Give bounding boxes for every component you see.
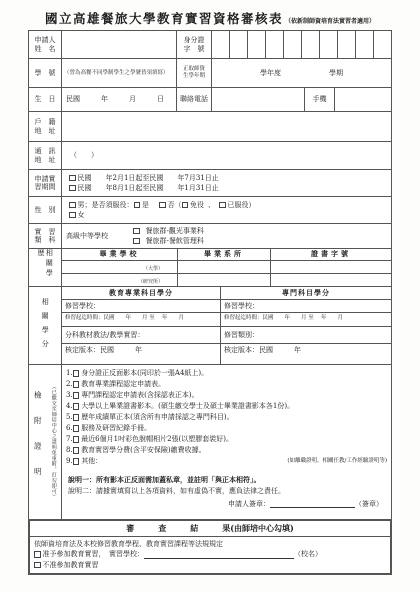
student-no-label: 學 號 xyxy=(29,59,61,87)
attachment-item: 5.歷年成績單正本(須含所有申請採認之專門科目)。 xyxy=(66,412,387,423)
attachments-checklist: 1.身分證正反面影本(同印於一張A4紙上)。 2.教育專業課程認定申請表。 3.… xyxy=(62,365,391,467)
attachments-label: 檢附證明 xyxy=(33,391,42,493)
item-number: 9. xyxy=(66,456,73,467)
teaching-method-label: 分科教材教法/教學實習： xyxy=(65,331,144,339)
school-type-label: 高級中等學校 xyxy=(66,232,108,240)
graduate-school-input[interactable]: （研究所） xyxy=(62,274,177,286)
note-1: 說明一：所有影本正反面需加蓋私章，並註明「與正本相符」。 xyxy=(68,475,391,486)
category-label: 實 習 類 科 xyxy=(29,224,61,248)
item-text: 教育專業課程認定申請表。 xyxy=(81,379,165,390)
approved-version-label-2: 核定版本：民國 年 xyxy=(224,346,301,354)
item-text: 專門課程認定申請表(含採認表正本)。 xyxy=(81,390,198,401)
attachment-item: 6.服務及研習紀錄手冊。 xyxy=(66,423,387,434)
checkbox-attachment-7[interactable] xyxy=(73,436,80,443)
review-approve-line: 准予參加教育實習， 實習學校： （校名） xyxy=(34,549,386,559)
checkbox-tourism[interactable] xyxy=(133,228,140,235)
gender-label: 性 別 xyxy=(29,197,61,223)
period-label: 申請實 習期間 xyxy=(29,170,61,196)
attachment-item: 2.教育專業課程認定申請表。 xyxy=(66,379,387,390)
education-row-graduate: （研究所） xyxy=(62,273,391,286)
applicant-name-label: 申請人 姓 名 xyxy=(29,31,61,58)
checkbox-attachment-9[interactable] xyxy=(73,458,80,465)
grad-dept-header: 畢業系所 xyxy=(177,249,270,260)
service-separator: 、 xyxy=(208,201,215,209)
item-text: 大學以上畢業證書影本。(碩生繳交學士及碩士畢業證書影本各1份)。 xyxy=(81,401,294,412)
id-digit-box[interactable] xyxy=(212,31,229,58)
credits-table: 教育專業科目學分 專門科目學分 修習學校： 修習學校： 修習起迄時間：民國 年 … xyxy=(61,287,391,364)
mailing-address-label: 通 訊 地 址 xyxy=(29,142,61,169)
credits-school-row: 修習學校： 修習學校： xyxy=(62,299,391,312)
checkbox-attachment-1[interactable] xyxy=(73,370,80,377)
gender-female-line: 女 xyxy=(66,210,391,220)
category-option-2-text: 餐旅群-餐飲管理科 xyxy=(146,237,204,245)
credits-header-row: 教育專業科目學分 專門科目學分 xyxy=(62,287,391,299)
attachment-item: 1.身分證正反面影本(同印於一張A4紙上)。 xyxy=(66,368,387,379)
graduate-dept-input[interactable] xyxy=(177,274,270,286)
applicant-name-input[interactable] xyxy=(61,31,176,58)
row-household: 戶 籍 地 址 xyxy=(29,111,391,141)
review-body: 依師資培育法及本校修習教育學程、教育實習課程等法規規定 准予參加教育實習， 實習… xyxy=(30,537,390,573)
checkbox-female[interactable] xyxy=(69,212,76,219)
row-category: 實 習 類 科 高級中等學校 餐旅群-觀光事業科 餐旅群-餐飲管理科 xyxy=(29,223,391,248)
checkbox-attachment-5[interactable] xyxy=(73,414,80,421)
student-no-input[interactable]: （曾為高餐不同學制學生之學號皆須填寫） xyxy=(61,59,176,87)
approved-version-input-2[interactable]: 核定版本：民國 年 xyxy=(220,344,391,364)
admitted-term-label: 正取師資 生學年期 xyxy=(176,59,211,87)
item-number: 2. xyxy=(66,379,73,390)
credit-type-input[interactable]: 修習類別： xyxy=(220,327,391,343)
grad-school-header: 畢業學校 xyxy=(62,249,177,260)
form-title: 國立高雄餐旅大學教育實習資格審核表 xyxy=(45,11,283,26)
attachment-item-other: 9.其他： (如離職證明、相關任教/工作經驗證明等) xyxy=(66,456,387,467)
service-yes-label: 是 xyxy=(142,201,149,209)
service-no-label: 否（ xyxy=(168,201,182,209)
category-option-1-text: 餐旅群-觀光事業科 xyxy=(146,227,204,235)
student-no-note: （曾為高餐不同學制學生之學號皆須填寫） xyxy=(62,69,171,78)
academic-term-cell[interactable]: 學年度 學期 xyxy=(211,59,391,87)
checkbox-attachment-8[interactable] xyxy=(73,447,80,454)
row-student-no: 學 號 （曾為高餐不同學制學生之學號皆須填寫） 正取師資 生學年期 學年度 學期 xyxy=(29,58,391,87)
section-education: 相關學歷 畢業學校 畢業系所 證書字號 （大學） （研究所） xyxy=(29,248,391,286)
credits-school-input-1[interactable]: 修習學校： xyxy=(62,300,220,312)
item-number: 4. xyxy=(66,401,73,412)
category-option-1: 餐旅群-觀光事業科 xyxy=(130,226,207,236)
female-label: 女 xyxy=(78,211,85,219)
phone-label: 聯絡電話 xyxy=(176,88,211,111)
checkbox-period-spring[interactable] xyxy=(69,175,76,182)
item-number: 6. xyxy=(66,423,73,434)
attachments-side-note: （已繳交至師培中心之證明免重附，打勾即可） xyxy=(51,384,57,500)
household-address-label: 戶 籍 地 址 xyxy=(29,112,61,141)
checkbox-approve[interactable] xyxy=(34,551,41,558)
item-text: 教育實習學分費(含平安保險)繳費收據。 xyxy=(81,445,205,456)
exempt-label: 免役 xyxy=(190,201,204,209)
service-question: ；是否須服役： xyxy=(85,201,134,209)
checkbox-service-no[interactable] xyxy=(159,202,166,209)
credits-school-input-2[interactable]: 修習學校： xyxy=(220,300,391,312)
category-options: 高級中等學校 餐旅群-觀光事業科 餐旅群-餐飲管理科 xyxy=(61,224,391,248)
item-number: 5. xyxy=(66,412,73,423)
birth-label: 生 日 xyxy=(29,88,61,111)
credits-label-cell: 相關學分 xyxy=(29,287,61,364)
review-rule-text: 依師資培育法及本校修習教育學程、教育實習課程等法規規定 xyxy=(34,539,386,549)
attachment-item: 8.教育實習學分費(含平安保險)繳費收據。 xyxy=(66,445,387,456)
credits-period-label-1: 修習起迄時間：民國 年 月 至 年 月 xyxy=(65,315,184,321)
review-result-table: 審 查 結 果(由師培中心勾填) 依師資培育法及本校修習教育學程、教育實習課程等… xyxy=(28,520,392,575)
university-level-label: （大學） xyxy=(143,266,163,272)
id-digit-box[interactable] xyxy=(265,31,283,58)
id-digit-box[interactable] xyxy=(337,31,355,58)
credits-school-label-1: 修習學校： xyxy=(65,302,100,310)
university-school-input[interactable]: （大學） xyxy=(62,261,177,273)
semester-label: 學期 xyxy=(329,69,343,77)
review-header: 審 查 結 果(由師培中心勾填) xyxy=(30,521,390,537)
education-label: 相關學歷 xyxy=(37,249,54,286)
birth-value: 民國 年 月 日 xyxy=(66,95,164,103)
signature-label: 申請人簽章： xyxy=(228,500,270,508)
id-digit-box[interactable] xyxy=(247,31,265,58)
item-number: 1. xyxy=(66,368,73,379)
id-digit-box[interactable] xyxy=(283,31,301,58)
household-address-input[interactable] xyxy=(61,112,391,141)
checkbox-attachment-4[interactable] xyxy=(73,403,80,410)
credits-method-row: 分科教材教法/教學實習： 修習類別： xyxy=(62,326,391,343)
approved-version-label-1: 核定版本：民國 年 xyxy=(65,346,142,354)
birth-value-cell[interactable]: 民國 年 月 日 xyxy=(61,88,176,111)
university-cert-input[interactable] xyxy=(270,261,391,273)
checkbox-food-mgmt[interactable] xyxy=(133,238,140,245)
education-label-cell: 相關學歷 xyxy=(29,249,61,286)
academic-year-label: 學年度 xyxy=(260,69,281,77)
education-table: 畢業學校 畢業系所 證書字號 （大學） （研究所） xyxy=(61,249,391,286)
checkbox-period-fall[interactable] xyxy=(69,185,76,192)
item-text: 其他： xyxy=(81,456,102,467)
mobile-input[interactable] xyxy=(334,88,391,111)
credits-period-input-2[interactable]: 修習起迄時間：民國 年 月 至 年 月 xyxy=(220,313,391,326)
professional-credits-header: 教育專業科目學分 xyxy=(62,287,220,299)
applicant-signature-row: 申請人簽章： （簽章） xyxy=(62,496,391,508)
credits-period-label-2: 修習起迄時間：民國 年 月 至 年 月 xyxy=(224,315,343,321)
signature-line[interactable] xyxy=(270,500,355,508)
gender-options: 男 ；是否須服役： 是 否（ 免役 、 已服役） 女 xyxy=(61,197,391,223)
mailing-area-code: （ ） xyxy=(70,151,98,159)
mailing-address-input[interactable]: （ ） xyxy=(61,142,391,169)
review-header-title: 審 查 結 果 xyxy=(126,524,230,534)
credits-period-input-1[interactable]: 修習起迄時間：民國 年 月 至 年 月 xyxy=(62,313,220,326)
item-text: 最近6個月1吋彩色脫帽相片2張(以塑膠套裝好)。 xyxy=(81,434,233,445)
credits-period-row: 修習起迄時間：民國 年 月 至 年 月 修習起迄時間：民國 年 月 至 年 月 xyxy=(62,312,391,326)
checkbox-service-yes[interactable] xyxy=(134,202,141,209)
section-attachments: 檢附證明 （已繳交至師培中心之證明免重附，打勾即可） 1.身分證正反面影本(同印… xyxy=(29,364,391,519)
review-reject-line: 不准參加教育實習 xyxy=(34,560,386,570)
row-birth: 生 日 民國 年 月 日 聯絡電話 手機 xyxy=(29,87,391,111)
id-digit-box[interactable] xyxy=(373,31,391,58)
checkbox-exempt[interactable] xyxy=(182,202,189,209)
specialty-credits-header: 專門科目學分 xyxy=(220,287,391,299)
approve-label: 准予參加教育實習， 實習學校： xyxy=(43,550,145,558)
id-digit-box[interactable] xyxy=(319,31,337,58)
attachments-label-cell: 檢附證明 （已繳交至師培中心之證明免重附，打勾即可） xyxy=(29,365,61,519)
period-option-2-text: 民國 年8月1日起至民國 年1月31日止 xyxy=(78,184,219,192)
form-title-row: 國立高雄餐旅大學教育實習資格審核表（依新制師資培育法實習者適用） xyxy=(0,0,420,26)
attachment-item: 4.大學以上畢業證書影本。(碩生繳交學士及碩士畢業證書影本各1份)。 xyxy=(66,401,387,412)
row-period: 申請實 習期間 民國 年2月1日起至民國 年7月31日止 民國 年8月1日起至民… xyxy=(29,169,391,196)
id-number-boxes xyxy=(211,31,391,58)
mobile-label: 手機 xyxy=(304,88,334,111)
item-text: 歷年成績單正本(須含所有申請採認之專門科目)。 xyxy=(81,412,233,423)
row-gender: 性 別 男 ；是否須服役： 是 否（ 免役 、 已服役） xyxy=(29,196,391,223)
attachment-item: 3.專門課程認定申請表(含採認表正本)。 xyxy=(66,390,387,401)
phone-input[interactable] xyxy=(211,88,304,111)
item-number: 8. xyxy=(66,445,73,456)
main-form-table: 申請人 姓 名 身分證 字 號 學 號 （曾為高餐不同學制學生之學號皆須填寫） xyxy=(28,30,392,520)
id-number-label: 身分證 字 號 xyxy=(176,31,211,58)
education-header-row: 畢業學校 畢業系所 證書字號 xyxy=(62,249,391,260)
credit-type-label: 修習類別： xyxy=(224,331,259,339)
other-attachment-note: (如離職證明、相關任教/工作經驗證明等) xyxy=(287,456,387,467)
period-option-2: 民國 年8月1日起至民國 年1月31日止 xyxy=(66,183,391,193)
attachments-content: 1.身分證正反面影本(同印於一張A4紙上)。 2.教育專業課程認定申請表。 3.… xyxy=(61,365,391,519)
id-digit-box[interactable] xyxy=(229,31,247,58)
item-number: 3. xyxy=(66,390,73,401)
checkbox-served[interactable] xyxy=(219,202,226,209)
university-dept-input[interactable] xyxy=(177,261,270,273)
item-text: 身分證正反面影本(同印於一張A4紙上)。 xyxy=(81,368,208,379)
checkbox-attachment-6[interactable] xyxy=(73,425,80,432)
attachment-item: 7.最近6個月1吋彩色脫帽相片2張(以塑膠套裝好)。 xyxy=(66,434,387,445)
approve-suffix: （校名） xyxy=(294,550,322,558)
note-2: 說明二：請據實填寫以上各項資料，如有虛偽不實，應負法律之責任。 xyxy=(68,486,391,497)
period-options: 民國 年2月1日起至民國 年7月31日止 民國 年8月1日起至民國 年1月31日… xyxy=(61,170,391,196)
id-digit-box[interactable] xyxy=(355,31,373,58)
credits-school-label-2: 修習學校： xyxy=(224,302,259,310)
item-text: 服務及研習紀錄手冊。 xyxy=(81,423,151,434)
checkbox-reject[interactable] xyxy=(34,562,41,569)
period-option-1-text: 民國 年2月1日起至民國 年7月31日止 xyxy=(78,174,219,182)
id-digit-box[interactable] xyxy=(301,31,319,58)
credits-label: 相關學分 xyxy=(41,298,49,354)
checkbox-attachment-3[interactable] xyxy=(73,392,80,399)
row-mailing: 通 訊 地 址 （ ） xyxy=(29,141,391,169)
row-applicant: 申請人 姓 名 身分證 字 號 xyxy=(29,31,391,58)
checkbox-male[interactable] xyxy=(69,202,76,209)
signature-suffix: （簽章） xyxy=(355,500,383,508)
form-subtitle: （依新制師資培育法實習者適用） xyxy=(285,18,375,25)
section-credits: 相關學分 教育專業科目學分 專門科目學分 修習學校： 修習學校： 修習起迄時間：… xyxy=(29,286,391,364)
period-option-1: 民國 年2月1日起至民國 年7月31日止 xyxy=(66,173,391,183)
category-option-2: 餐旅群-餐飲管理科 xyxy=(130,236,207,246)
internship-school-line[interactable] xyxy=(144,551,294,559)
item-number: 7. xyxy=(66,434,73,445)
graduate-level-label: （研究所） xyxy=(138,279,163,285)
served-label: 已服役） xyxy=(228,201,256,209)
credits-version-row: 核定版本：民國 年 核定版本：民國 年 xyxy=(62,343,391,364)
male-label: 男 xyxy=(78,201,85,209)
attachment-notes: 說明一：所有影本正反面需加蓋私章，並註明「與正本相符」。 說明二：請據實填寫以上… xyxy=(62,475,391,496)
review-header-subtitle: (由師培中心勾填) xyxy=(230,524,294,534)
education-row-university: （大學） xyxy=(62,260,391,273)
checkbox-attachment-2[interactable] xyxy=(73,381,80,388)
approved-version-input-1[interactable]: 核定版本：民國 年 xyxy=(62,344,220,364)
cert-no-header: 證書字號 xyxy=(270,249,391,260)
form-page: 國立高雄餐旅大學教育實習資格審核表（依新制師資培育法實習者適用） 申請人 姓 名… xyxy=(0,0,420,593)
gender-male-line: 男 ；是否須服役： 是 否（ 免役 、 已服役） xyxy=(66,200,391,210)
reject-label: 不准參加教育實習 xyxy=(43,561,99,569)
teaching-method-input[interactable]: 分科教材教法/教學實習： xyxy=(62,327,220,343)
graduate-cert-input[interactable] xyxy=(270,274,391,286)
